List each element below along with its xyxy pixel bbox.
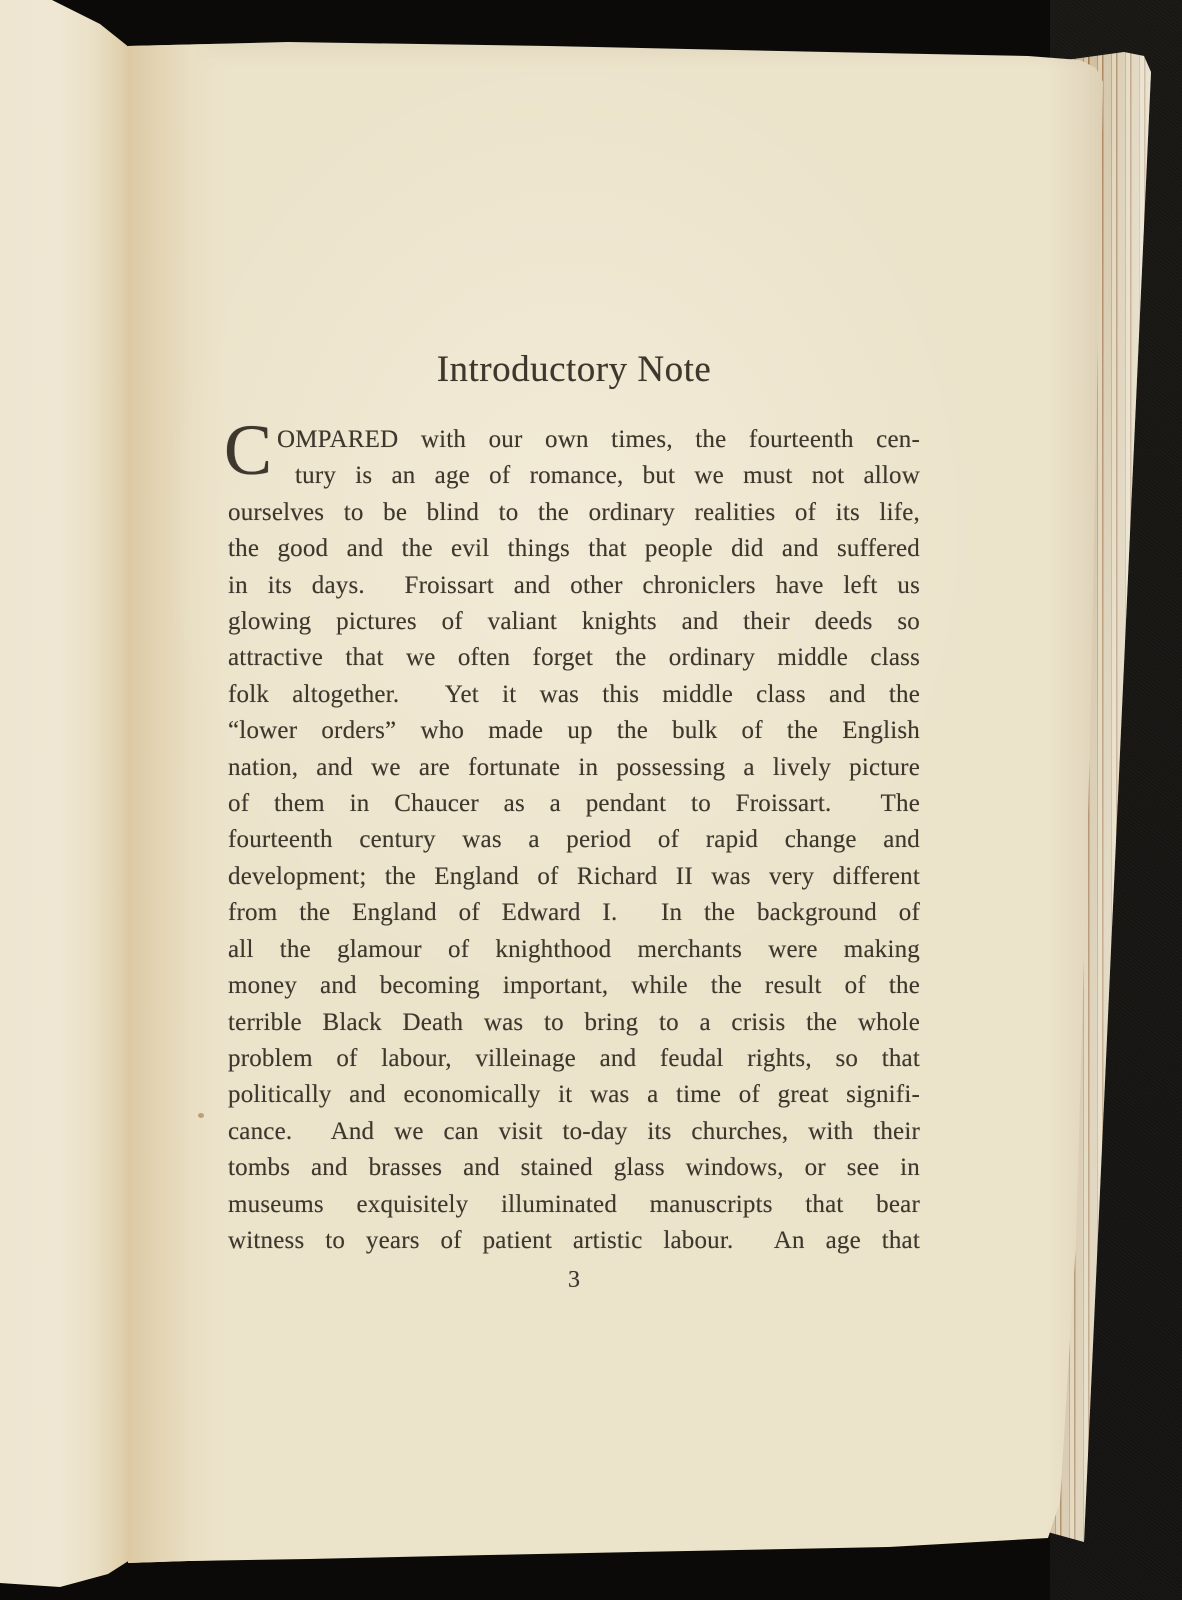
text-line: glowing pictures of valiant knights and … [228,604,920,640]
page-number: 3 [228,1265,920,1295]
text-line: development; the England of Richard II w… [228,859,920,895]
text-line: fourteenth century was a period of rapid… [228,822,920,858]
text-line: “lower orders” who made up the bulk of t… [228,713,920,749]
text-line: attractive that we often forget the ordi… [228,640,920,676]
page-text-block: Introductory Note C OMPARED with our own… [228,348,920,1295]
text-line: all the glamour of knighthood merchants … [228,932,920,968]
text-line: OMPARED with our own times, the fourteen… [277,422,920,458]
text-line: ourselves to be blind to the ordinary re… [228,495,920,531]
text-line: folk altogether. Yet it was this middle … [228,677,920,713]
text-line: of them in Chaucer as a pendant to Frois… [228,786,920,822]
text-line: witness to years of patient artistic lab… [228,1223,920,1259]
drop-cap: C [224,414,272,486]
text-line: nation, and we are fortunate in possessi… [228,750,920,786]
paper-speck [198,1113,204,1118]
book-page: Introductory Note C OMPARED with our own… [128,42,1106,1564]
text-line: tombs and brasses and stained glass wind… [228,1150,920,1186]
page-title: Introductory Note [228,348,920,392]
facing-page [0,0,130,1600]
text-line: terrible Black Death was to bring to a c… [228,1005,920,1041]
text-line: museums exquisitely illuminated manuscri… [228,1187,920,1223]
text-line: the good and the evil things that people… [228,531,920,567]
paragraph: C OMPARED with our own times, the fourte… [228,422,920,1259]
text-line: cance. And we can visit to-day its churc… [228,1114,920,1150]
text-line: from the England of Edward I. In the bac… [228,895,920,931]
text-line: tury is an age of romance, but we must n… [295,458,920,494]
text-line: politically and economically it was a ti… [228,1077,920,1113]
text-line: money and becoming important, while the … [228,968,920,1004]
book-photo: Introductory Note C OMPARED with our own… [0,0,1182,1600]
text-line: problem of labour, villeinage and feudal… [228,1041,920,1077]
text-line: in its days. Froissart and other chronic… [228,568,920,604]
